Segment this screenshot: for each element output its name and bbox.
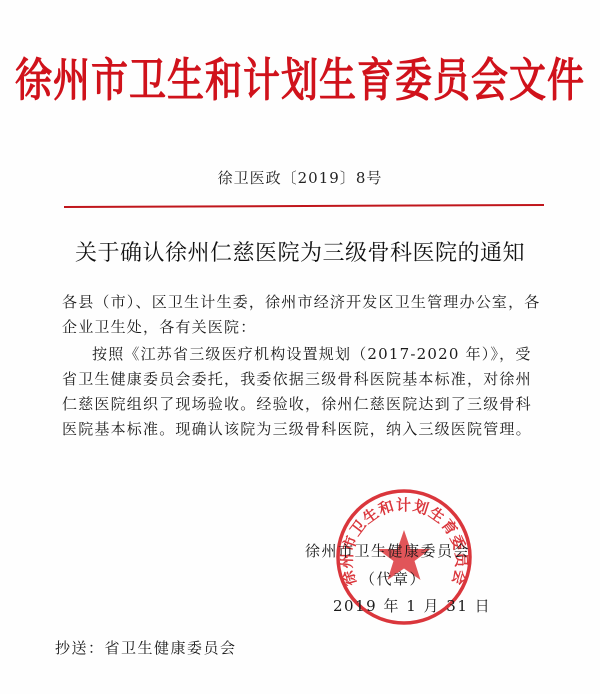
notice-title: 关于确认徐州仁慈医院为三级骨科医院的通知 <box>0 236 600 267</box>
cc-recipients: 抄送：省卫生健康委员会 <box>55 637 237 658</box>
document-header-title: 徐州市卫生和计划生育委员会文件 <box>0 42 600 110</box>
red-divider-line <box>64 204 544 208</box>
body-paragraph: 按照《江苏省三级医疗机构设置规划（2017-2020 年）》，受省卫生健康委员会… <box>62 342 542 442</box>
signature-organization: 徐州市卫生健康委员会 <box>305 540 470 561</box>
document-page: 徐州市卫生和计划生育委员会文件 徐卫医政〔2019〕8号 关于确认徐州仁慈医院为… <box>0 0 600 694</box>
signature-date: 2019 年 1 月 31 日 <box>333 595 491 616</box>
document-number: 徐卫医政〔2019〕8号 <box>0 167 600 188</box>
signature-note: （代章） <box>360 568 426 589</box>
addressee-text: 各县（市）、区卫生计生委，徐州市经济开发区卫生管理办公室，各企业卫生处，各有关医… <box>62 290 542 340</box>
